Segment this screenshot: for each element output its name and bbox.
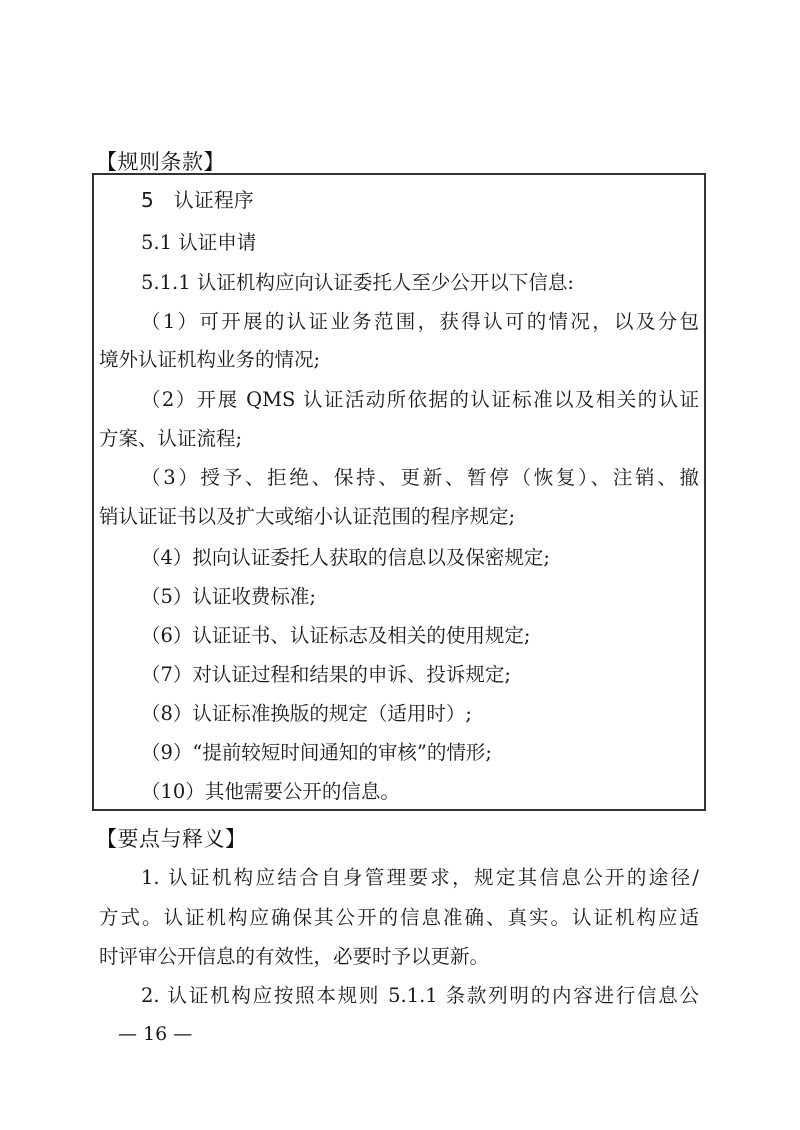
explanation-line-3: 时评审公开信息的有效性，必要时予以更新。 <box>99 945 489 969</box>
page-number: — 16 — <box>118 1023 192 1045</box>
section-title: 5 认证程序 <box>141 188 254 212</box>
clause-intro: 5.1.1 认证机构应向认证委托人至少公开以下信息: <box>141 271 574 295</box>
subsection-title: 5.1 认证申请 <box>141 231 256 255</box>
rule-item-2-line1: （2）开展 QMS 认证活动所依据的认证标准以及相关的认证 <box>141 388 699 412</box>
explanation-line-4: 2. 认证机构应按照本规则 5.1.1 条款列明的内容进行信息公 <box>141 984 699 1008</box>
rule-item-10: （10）其他需要公开的信息。 <box>141 780 400 804</box>
rule-item-6: （6）认证证书、认证标志及相关的使用规定; <box>141 624 530 648</box>
rule-item-9: （9）“提前较短时间通知的审核”的情形; <box>141 741 492 765</box>
rule-item-7: （7）对认证过程和结果的申诉、投诉规定; <box>141 663 511 687</box>
rule-item-2-line2: 方案、认证流程; <box>99 427 242 451</box>
rule-item-1-line2: 境外认证机构业务的情况; <box>99 348 320 372</box>
rule-item-4: （4）拟向认证委托人获取的信息以及保密规定; <box>141 546 550 570</box>
rules-heading: 【规则条款】 <box>96 146 225 176</box>
rule-item-3-line2: 销认证证书以及扩大或缩小认证范围的程序规定; <box>99 505 515 529</box>
explanation-line-2: 方式。认证机构应确保其公开的信息准确、真实。认证机构应适 <box>99 906 699 930</box>
rule-item-5: （5）认证收费标准; <box>141 585 316 609</box>
document-page: 【规则条款】 5 认证程序 5.1 认证申请 5.1.1 认证机构应向认证委托人… <box>0 0 800 1130</box>
explanation-heading: 【要点与释义】 <box>96 823 247 853</box>
explanation-line-1: 1. 认证机构应结合自身管理要求，规定其信息公开的途径/ <box>141 866 699 890</box>
rule-item-3-line1: （3）授予、拒绝、保持、更新、暂停（恢复）、注销、撤 <box>141 466 699 490</box>
rule-item-1-line1: （1）可开展的认证业务范围，获得认可的情况，以及分包 <box>141 310 699 334</box>
rule-item-8: （8）认证标准换版的规定（适用时）; <box>141 702 472 726</box>
